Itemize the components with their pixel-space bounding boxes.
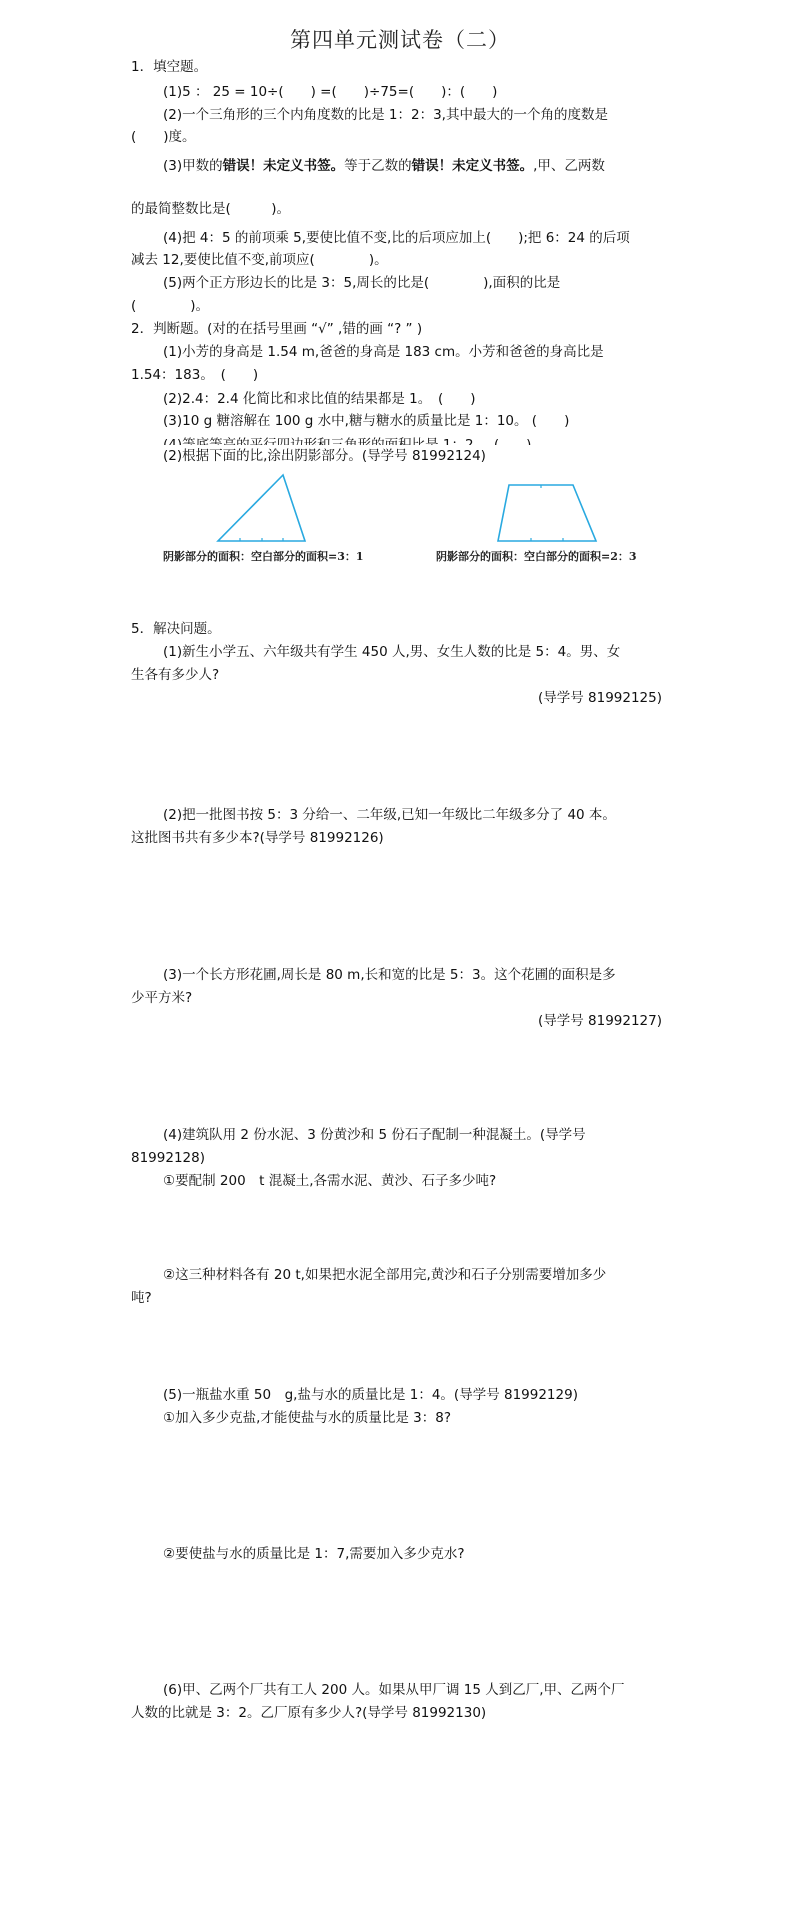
- s1-q3-line2: 的最简整数比是( )。: [131, 200, 290, 218]
- s5-q4-sub2-line1: ②这三种材料各有 20 t,如果把水泥全部用完,黄沙和石子分别需要增加多少: [163, 1266, 606, 1284]
- s1-q4-line1: (4)把 4：5 的前项乘 5,要使比值不变,比的后项应加上( );把 6：24…: [163, 229, 630, 247]
- s1-q2-line2: ( )度。: [131, 128, 196, 146]
- s5-q3-line1: (3)一个长方形花圃,周长是 80 m,长和宽的比是 5：3。这个花圃的面积是多: [163, 966, 616, 984]
- s1-q3-suffix: ,甲、乙两数: [533, 158, 605, 174]
- s1-q4-line2: 减去 12,要使比值不变,前项应( )。: [131, 251, 388, 269]
- s5-q4-sub1: ①要配制 200 t 混凝土,各需水泥、黄沙、石子多少吨?: [163, 1172, 496, 1190]
- s1-q5-line1: (5)两个正方形边长的比是 3：5,周长的比是( ),面积的比是: [163, 274, 560, 292]
- s5-q4-line2: 81992128): [131, 1149, 205, 1167]
- s1-q1: (1)5 ： 25 = 10÷( ) =( )÷75=( )：( ): [163, 83, 497, 101]
- triangle-figure: [200, 465, 330, 555]
- s5-q2-line1: (2)把一批图书按 5：3 分给一、二年级,已知一年级比二年级多分了 40 本。: [163, 806, 616, 824]
- s4-q2: (2)根据下面的比,涂出阴影部分。(导学号 81992124): [163, 447, 486, 465]
- s5-q4-line1: (4)建筑队用 2 份水泥、3 份黄沙和 5 份石子配制一种混凝土。(导学号: [163, 1126, 586, 1144]
- s5-q6-line1: (6)甲、乙两个厂共有工人 200 人。如果从甲厂调 15 人到乙厂,甲、乙两个…: [163, 1681, 625, 1699]
- section2-heading: 2．判断题。(对的在括号里画 “√” ,错的画 “? ” ): [131, 320, 422, 338]
- triangle-caption: 阴影部分的面积：空白部分的面积=3：1: [163, 548, 364, 564]
- section1-heading: 1．填空题。: [131, 58, 207, 76]
- s5-q6-line2: 人数的比就是 3：2。乙厂原有多少人?(导学号 81992130): [131, 1704, 486, 1722]
- trapezoid-caption: 阴影部分的面积：空白部分的面积=2：3: [436, 548, 637, 564]
- s1-q3-line1: (3)甲数的错误！未定义书签。等于乙数的错误！未定义书签。,甲、乙两数: [163, 157, 605, 175]
- bookmark-error-2: 错误！未定义书签。: [412, 158, 534, 174]
- s1-q3-middle: 等于乙数的: [344, 158, 412, 174]
- s2-q4: (4)等底等高的平行四边形和三角形的面积比是 1：2。 ( ): [163, 436, 531, 445]
- s5-q1-ref: (导学号 81992125): [538, 689, 662, 707]
- s2-q4-clipped-container: (4)等底等高的平行四边形和三角形的面积比是 1：2。 ( ): [163, 436, 531, 445]
- trapezoid-figure: [480, 470, 610, 555]
- s2-q3: (3)10 g 糖溶解在 100 g 水中,糖与糖水的质量比是 1：10。 ( …: [163, 412, 569, 430]
- s1-q3-prefix: (3)甲数的: [163, 158, 223, 174]
- s5-q1-line2: 生各有多少人?: [131, 666, 219, 684]
- s5-q5-sub1: ①加入多少克盐,才能使盐与水的质量比是 3：8?: [163, 1409, 451, 1427]
- s1-q5-line2: ( )。: [131, 297, 209, 315]
- s2-q2: (2)2.4：2.4 化简比和求比值的结果都是 1。 ( ): [163, 390, 476, 408]
- s5-q1-line1: (1)新生小学五、六年级共有学生 450 人,男、女生人数的比是 5：4。男、女: [163, 643, 620, 661]
- page-title: 第四单元测试卷（二）: [0, 24, 800, 54]
- s2-q1-line1: (1)小芳的身高是 1.54 m,爸爸的身高是 183 cm。小芳和爸爸的身高比…: [163, 343, 604, 361]
- s1-q2-line1: (2)一个三角形的三个内角度数的比是 1：2：3,其中最大的一个角的度数是: [163, 106, 608, 124]
- s5-q5-sub2: ②要使盐与水的质量比是 1：7,需要加入多少克水?: [163, 1545, 465, 1563]
- s5-q3-ref: (导学号 81992127): [538, 1012, 662, 1030]
- s2-q1-line2: 1.54：183。 ( ): [131, 366, 258, 384]
- s5-q5-line1: (5)一瓶盐水重 50 g,盐与水的质量比是 1：4。(导学号 81992129…: [163, 1386, 578, 1404]
- s5-q2-line2: 这批图书共有多少本?(导学号 81992126): [131, 829, 384, 847]
- s5-q4-sub2-line2: 吨?: [131, 1289, 152, 1307]
- section5-heading: 5．解决问题。: [131, 620, 221, 638]
- s5-q3-line2: 少平方米?: [131, 989, 192, 1007]
- bookmark-error-1: 错误！未定义书签。: [223, 158, 345, 174]
